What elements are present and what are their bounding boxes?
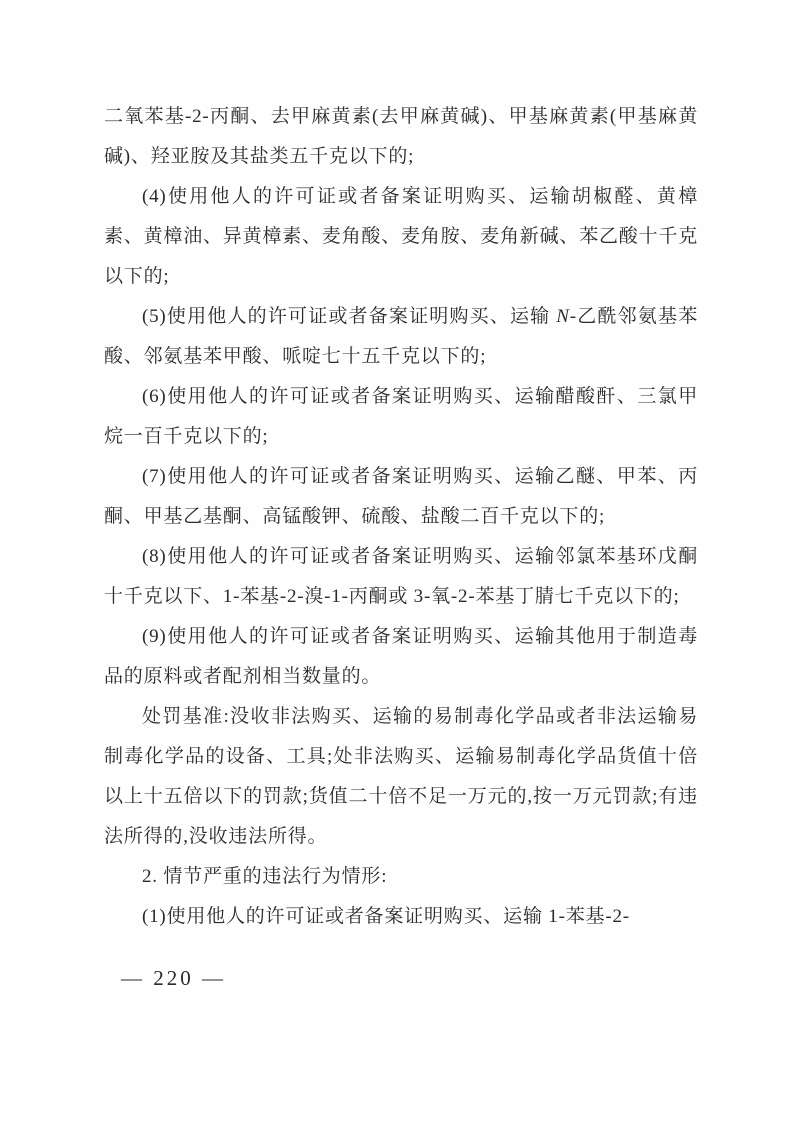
chemical-symbol-italic: N: [556, 306, 569, 327]
para-item-1-continues-next-page: (1)使用他人的许可证或者备案证明购买、运输 1-苯基-2-: [104, 897, 698, 937]
para-item-7: (7)使用他人的许可证或者备案证明购买、运输乙醚、甲苯、丙酮、甲基乙基酮、高锰酸…: [104, 457, 698, 537]
text-run: 二氧苯基-2-丙酮、去甲麻黄素(去甲麻黄碱)、甲基麻黄素(甲基麻黄碱)、羟亚胺及…: [104, 106, 698, 167]
text-run: (5)使用他人的许可证或者备案证明购买、运输: [142, 306, 556, 327]
para-item-9: (9)使用他人的许可证或者备案证明购买、运输其他用于制造毒品的原料或者配剂相当数…: [104, 617, 698, 697]
text-run: 2. 情节严重的违法行为情形:: [142, 866, 387, 887]
text-run: (7)使用他人的许可证或者备案证明购买、运输乙醚、甲苯、丙酮、甲基乙基酮、高锰酸…: [104, 466, 698, 527]
text-run: 处罚基准:没收非法购买、运输的易制毒化学品或者非法运输易制毒化学品的设备、工具;…: [104, 706, 698, 847]
para-item-5: (5)使用他人的许可证或者备案证明购买、运输 N-乙酰邻氨基苯酸、邻氨基苯甲酸、…: [104, 297, 698, 377]
body-text-block: 二氧苯基-2-丙酮、去甲麻黄素(去甲麻黄碱)、甲基麻黄素(甲基麻黄碱)、羟亚胺及…: [104, 97, 698, 937]
para-item-6: (6)使用他人的许可证或者备案证明购买、运输醋酸酐、三氯甲烷一百千克以下的;: [104, 377, 698, 457]
para-item-4: (4)使用他人的许可证或者备案证明购买、运输胡椒醛、黄樟素、黄樟油、异黄樟素、麦…: [104, 177, 698, 297]
para-continuation-from-previous-page: 二氧苯基-2-丙酮、去甲麻黄素(去甲麻黄碱)、甲基麻黄素(甲基麻黄碱)、羟亚胺及…: [104, 97, 698, 177]
page-number: — 220 —: [121, 962, 226, 994]
para-item-8: (8)使用他人的许可证或者备案证明购买、运输邻氯苯基环戊酮十千克以下、1-苯基-…: [104, 537, 698, 617]
text-run: (8)使用他人的许可证或者备案证明购买、运输邻氯苯基环戊酮十千克以下、1-苯基-…: [104, 546, 698, 607]
text-run: (1)使用他人的许可证或者备案证明购买、运输 1-苯基-2-: [142, 906, 630, 927]
para-section-2-heading: 2. 情节严重的违法行为情形:: [104, 857, 698, 897]
text-run: (9)使用他人的许可证或者备案证明购买、运输其他用于制造毒品的原料或者配剂相当数…: [104, 626, 698, 687]
para-penalty-standard: 处罚基准:没收非法购买、运输的易制毒化学品或者非法运输易制毒化学品的设备、工具;…: [104, 697, 698, 857]
text-run: (4)使用他人的许可证或者备案证明购买、运输胡椒醛、黄樟素、黄樟油、异黄樟素、麦…: [104, 186, 698, 287]
text-run: (6)使用他人的许可证或者备案证明购买、运输醋酸酐、三氯甲烷一百千克以下的;: [104, 386, 698, 447]
document-page: 二氧苯基-2-丙酮、去甲麻黄素(去甲麻黄碱)、甲基麻黄素(甲基麻黄碱)、羟亚胺及…: [0, 0, 793, 1122]
